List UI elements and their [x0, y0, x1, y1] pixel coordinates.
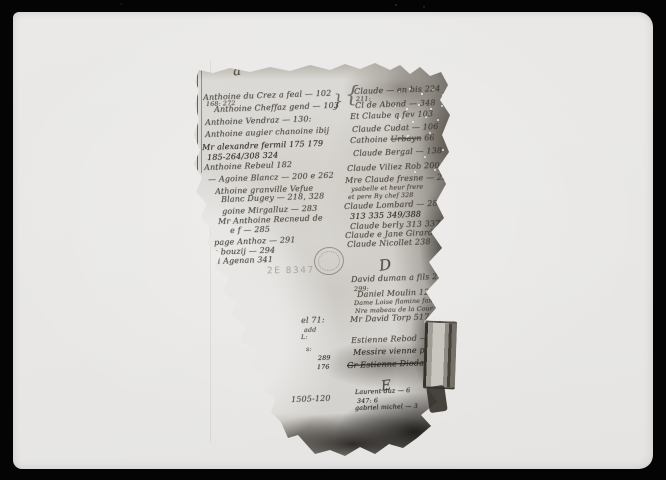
pencil-shelfmark: 2E 8347: [267, 266, 315, 277]
archive-stamp-icon: [311, 244, 346, 278]
section-letter-d: D: [378, 255, 392, 274]
manuscript-line: Claude Cudat — 106: [352, 122, 439, 134]
manuscript-scrap: 176: [317, 364, 330, 371]
manuscript-line-struck: Cathoine Urbayn 66: [350, 133, 435, 145]
manuscript-line: Claude — en bis 224: [354, 84, 441, 96]
manuscript-line: Laurent duz — 6: [355, 387, 410, 396]
manuscript-line: Claude Bergal — 138: [353, 146, 442, 158]
manuscript-line: gabriel michel — 3: [355, 403, 418, 412]
manuscript-line: Anthoine Rebeul 182: [204, 160, 292, 172]
manuscript-scrap: 289: [318, 355, 331, 362]
manuscript-scrap: el 71:: [301, 315, 325, 325]
manuscript-line: Anthoine Vendraz — 130:: [205, 114, 312, 127]
struck-entry-word: Urbayn: [390, 134, 421, 144]
manuscript-line: Claude Viliez Rob 200: [347, 161, 440, 173]
manuscript-line: Anthoine augier chanoine ibij: [205, 126, 329, 139]
manuscript-scrap: s:: [306, 346, 312, 353]
manuscript-line-struck: Gr Estienne Diodad: [347, 358, 430, 370]
manuscript-scrap: 1505-120: [291, 394, 331, 404]
manuscript-line: Mr alexandre fermil 175 179: [202, 139, 323, 152]
manuscript-line: — Agoine Blancz — 200 e 262: [208, 171, 334, 184]
manuscript-line: Et Claube q fev 103: [350, 109, 433, 121]
film-frame-specks: [0, 0, 2, 2]
struck-entry-post: 66: [421, 133, 434, 142]
brace-close: }: [332, 91, 343, 112]
manuscript-line: David duman a fils 21: [351, 272, 443, 284]
microfilm-scan: a Anthoine du Crez a feal — 102 168: 272…: [0, 0, 666, 480]
binding-tab-scrap: [426, 385, 447, 413]
struck-entry-pre: Cathoine: [350, 135, 391, 145]
manuscript-line: Mre Claude fresne — 227: [345, 172, 453, 185]
manuscript-line: e f — 285: [230, 225, 270, 235]
manuscript-line: Cl de Abond — 348: [355, 98, 436, 110]
manuscript-scrap: L:: [301, 334, 308, 341]
binding-tab: [423, 320, 457, 389]
manuscript-line: Claude Nicollet 238: [347, 237, 431, 249]
